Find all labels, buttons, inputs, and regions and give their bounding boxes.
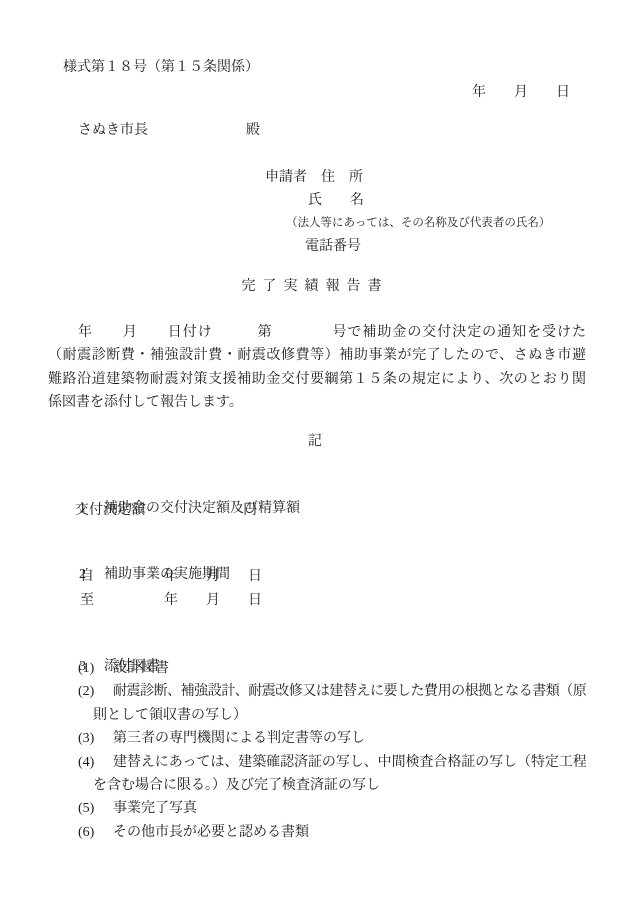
list-item: (4) 建替えにあっては、建築確認済証の写し、中間検査合格証の写し（特定工程 を… [48,751,586,798]
list-item-text: その他市長が必要と認める書類 [113,821,586,844]
addressee-line: さぬき市長 殿 [78,120,260,142]
body-line: 係図書を添付して報告します。 [48,391,586,414]
document-title: 完了実績報告書 [0,276,630,298]
list-item: (6) その他市長が必要と認める書類 [48,821,586,844]
applicant-name-label: 氏 名 [308,190,364,212]
document-page: 様式第１８号（第１５条関係） 年 月 日 さぬき市長 殿 申請者 住 所 氏 名… [0,0,630,903]
list-item-text: 耐震診断、補強設計、耐震改修又は建替えに要した費用の根拠となる書類（原 [113,680,586,703]
ki-separator-label: 記 [0,431,630,453]
list-item-marker: (1) [78,657,94,680]
period-to-line: 至 年 月 日 [80,590,262,612]
grant-amount-line: 交付決定額 円 [75,500,257,522]
applicant-corporate-note: （法人等にあっては、その名称及び代表者の氏名） [286,215,550,231]
body-line: 難路沿道建築物耐震対策支援補助金交付要綱第１５条の規定により、次のとおり関 [48,368,586,391]
applicant-phone-label: 電話番号 [305,236,361,258]
list-item: (2) 耐震診断、補強設計、耐震改修又は建替えに要した費用の根拠となる書類（原 … [48,680,586,727]
list-item: (1) 設計図書 [48,657,586,680]
list-item-text: 設計図書 [113,657,586,680]
list-item-text: 事業完了写真 [113,797,586,820]
list-item-text: 第三者の専門機関による判定書等の写し [113,727,586,750]
period-from-line: 自 年 月 日 [80,566,262,588]
list-item-marker: (6) [78,821,94,844]
attachment-list: (1) 設計図書 (2) 耐震診断、補強設計、耐震改修又は建替えに要した費用の根… [48,657,586,844]
applicant-address-label: 申請者 住 所 [265,167,363,189]
list-item: (5) 事業完了写真 [48,797,586,820]
list-item-text-continued: 則として領収書の写し） [93,704,586,727]
list-item-marker: (4) [78,751,94,774]
list-item-text-continued: を含む場合に限る。）及び完了検査済証の写し [93,774,586,797]
list-item-text: 建替えにあっては、建築確認済証の写し、中間検査合格証の写し（特定工程 [113,751,586,774]
body-line: 年 月 日付け 第 号で補助金の交付決定の通知を受けた [48,321,586,344]
list-item-marker: (5) [78,797,94,820]
date-blank-line: 年 月 日 [0,82,570,104]
body-paragraph: 年 月 日付け 第 号で補助金の交付決定の通知を受けた （耐震診断費・補強設計費… [48,321,586,415]
form-number: 様式第１８号（第１５条関係） [63,57,259,79]
list-item: (3) 第三者の専門機関による判定書等の写し [48,727,586,750]
list-item-marker: (3) [78,727,94,750]
body-line: （耐震診断費・補強設計費・耐震改修費等）補助事業が完了したので、さぬき市避 [48,344,586,367]
list-item-marker: (2) [78,680,94,703]
